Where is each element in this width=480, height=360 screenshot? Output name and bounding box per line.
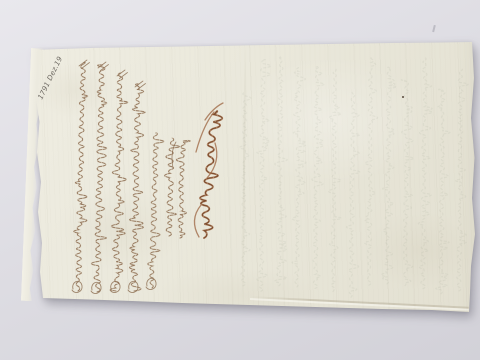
archival-date-note-text: 1791 Dez.19 bbox=[36, 55, 64, 101]
photo-speck bbox=[402, 96, 404, 98]
archival-date-note: 1791 Dez.19 bbox=[22, 50, 78, 106]
manuscript-photo: 1791 Dez.19 bbox=[0, 0, 480, 360]
